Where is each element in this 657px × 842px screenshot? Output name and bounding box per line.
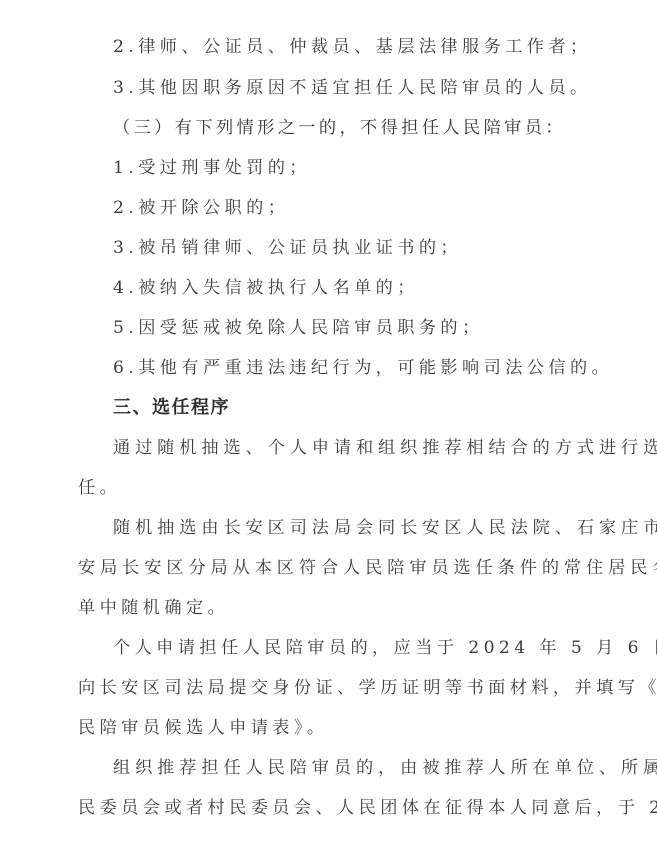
paragraph-random-line-2: 安局长安区分局从本区符合人民陪审员选任条件的常住居民名 xyxy=(78,548,638,588)
exclusion-item-1: 1.受过刑事处罚的； xyxy=(113,148,657,188)
document-page: 2.律师、公证员、仲裁员、基层法律服务工作者； 3.其他因职务原因不适宜担任人民… xyxy=(0,0,657,842)
subsection-heading-3: （三）有下列情形之一的，不得担任人民陪审员： xyxy=(113,108,657,148)
paragraph-application-line-2: 向长安区司法局提交身份证、学历证明等书面材料，并填写《人 xyxy=(78,668,638,708)
exclusion-item-5: 5.因受惩戒被免除人民陪审员职务的； xyxy=(113,308,657,348)
paragraph-application-line-1: 个人申请担任人民陪审员的，应当于 2024 年 5 月 6 日之前 xyxy=(113,628,657,668)
paragraph-random-line-1: 随机抽选由长安区司法局会同长安区人民法院、石家庄市公 xyxy=(113,508,657,548)
exclusion-item-4: 4.被纳入失信被执行人名单的； xyxy=(113,268,657,308)
disqualify-item-2-lawyers: 2.律师、公证员、仲裁员、基层法律服务工作者； xyxy=(113,27,657,67)
paragraph-application-line-3: 民陪审员候选人申请表》。 xyxy=(78,708,638,748)
paragraph-methods-line-2: 任。 xyxy=(78,468,638,508)
exclusion-item-6: 6.其他有严重违法违纪行为，可能影响司法公信的。 xyxy=(113,348,657,388)
exclusion-item-2: 2.被开除公职的； xyxy=(113,188,657,228)
disqualify-item-3-other-duties: 3.其他因职务原因不适宜担任人民陪审员的人员。 xyxy=(113,68,657,108)
exclusion-item-3: 3.被吊销律师、公证员执业证书的； xyxy=(113,228,657,268)
paragraph-methods-line-1: 通过随机抽选、个人申请和组织推荐相结合的方式进行选 xyxy=(113,428,657,468)
paragraph-recommendation-line-2: 民委员会或者村民委员会、人民团体在征得本人同意后，于 2024 xyxy=(78,788,638,828)
section-heading-selection-procedure: 三、选任程序 xyxy=(113,388,657,428)
paragraph-recommendation-line-1: 组织推荐担任人民陪审员的，由被推荐人所在单位、所属居 xyxy=(113,748,657,788)
paragraph-random-line-3: 单中随机确定。 xyxy=(78,588,638,628)
